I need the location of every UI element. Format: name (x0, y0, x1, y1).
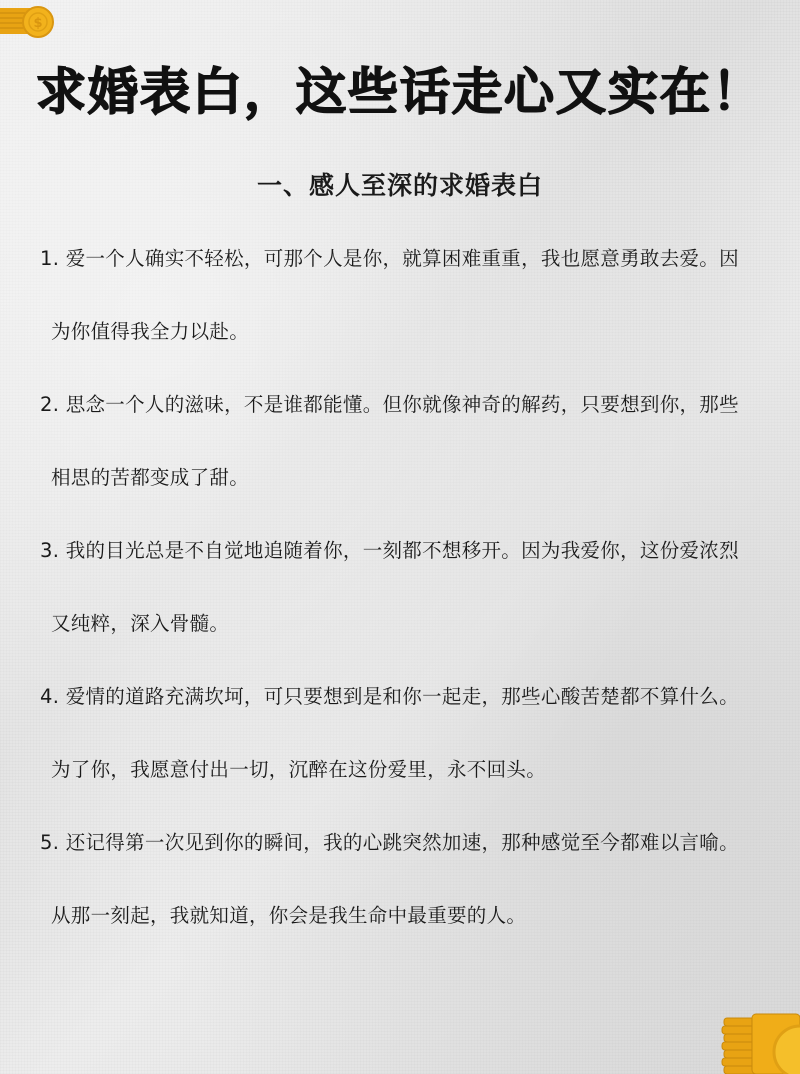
item-line-continued: 为你值得我全力以赴。 (40, 317, 790, 390)
list-item: 2. 思念一个人的滋味，不是谁都能懂。但你就像神奇的解药，只要想到你，那些 相思… (40, 390, 790, 536)
gold-coin-stack-icon (720, 1004, 800, 1074)
item-line: 3. 我的目光总是不自觉地追随着你，一刻都不想移开。因为我爱你，这份爱浓烈 (40, 536, 790, 609)
item-line-continued: 又纯粹，深入骨髓。 (40, 609, 790, 682)
item-line-continued: 从那一刻起，我就知道，你会是我生命中最重要的人。 (40, 901, 790, 974)
list-item: 1. 爱一个人确实不轻松，可那个人是你，就算困难重重，我也愿意勇敢去爱。因 为你… (40, 244, 790, 390)
svg-text:$: $ (33, 16, 42, 31)
list-item: 3. 我的目光总是不自觉地追随着你，一刻都不想移开。因为我爱你，这份爱浓烈 又纯… (40, 536, 790, 682)
item-line-continued: 相思的苦都变成了甜。 (40, 463, 790, 536)
page-title: 求婚表白，这些话走心又实在！ (0, 52, 800, 124)
list-item: 4. 爱情的道路充满坎坷，可只要想到是和你一起走，那些心酸苦楚都不算什么。 为了… (40, 682, 790, 828)
item-line: 5. 还记得第一次见到你的瞬间，我的心跳突然加速，那种感觉至今都难以言喻。 (40, 828, 790, 901)
item-line: 2. 思念一个人的滋味，不是谁都能懂。但你就像神奇的解药，只要想到你，那些 (40, 390, 790, 463)
item-line-continued: 为了你，我愿意付出一切，沉醉在这份爱里，永不回头。 (40, 755, 790, 828)
item-line: 1. 爱一个人确实不轻松，可那个人是你，就算困难重重，我也愿意勇敢去爱。因 (40, 244, 790, 317)
section-heading: 一、感人至深的求婚表白 (0, 166, 800, 202)
item-line: 4. 爱情的道路充满坎坷，可只要想到是和你一起走，那些心酸苦楚都不算什么。 (40, 682, 790, 755)
list-item: 5. 还记得第一次见到你的瞬间，我的心跳突然加速，那种感觉至今都难以言喻。 从那… (40, 828, 790, 974)
proposal-list: 1. 爱一个人确实不轻松，可那个人是你，就算困难重重，我也愿意勇敢去爱。因 为你… (40, 244, 790, 974)
gold-coin-stack-icon: $ (0, 2, 56, 42)
